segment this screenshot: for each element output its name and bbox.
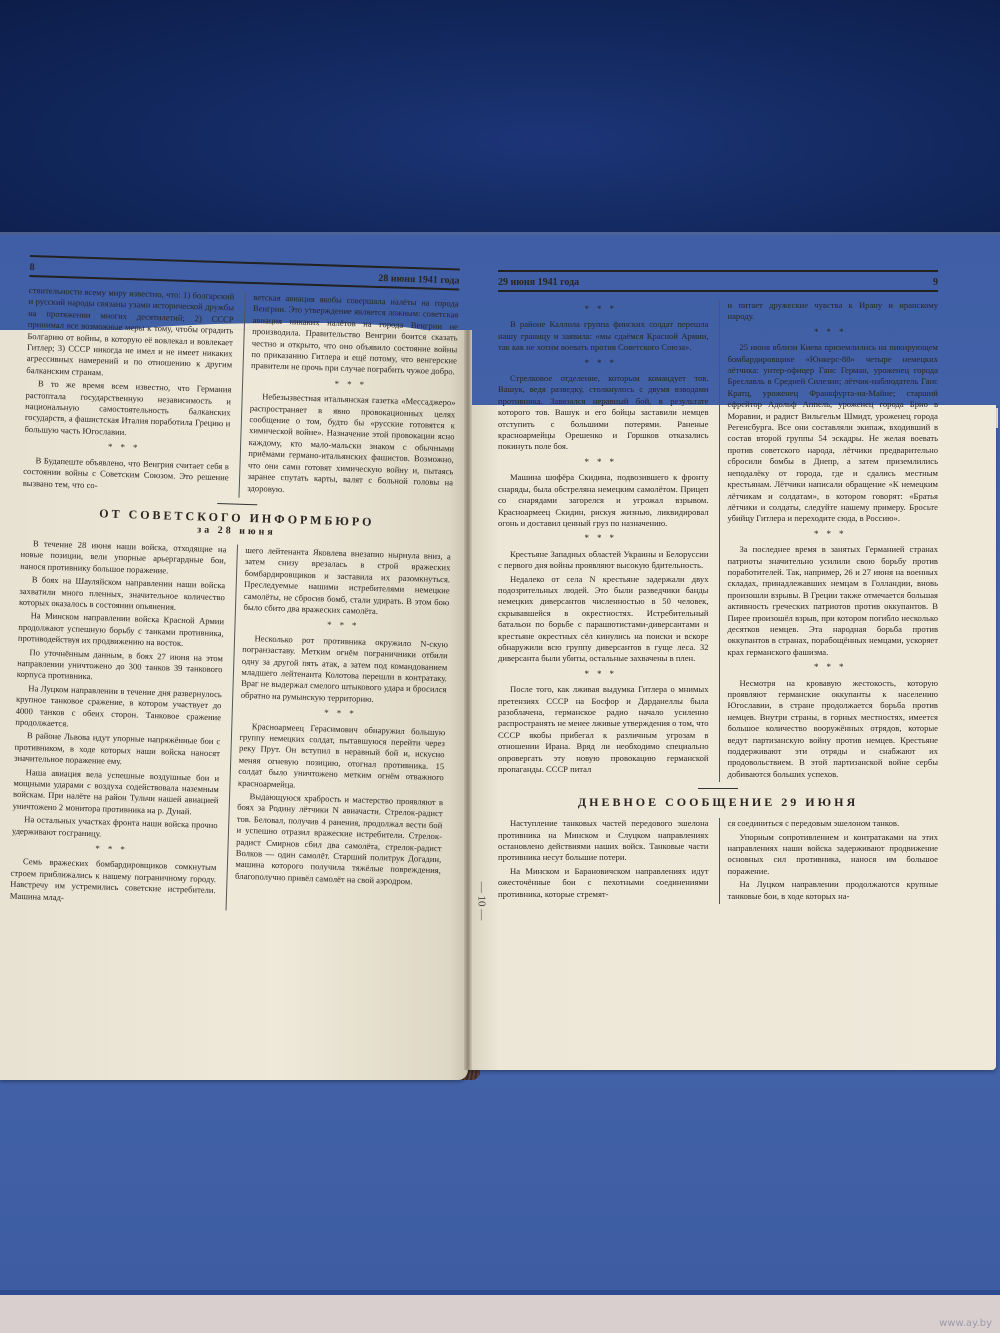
paragraph: На Минском направлении войска Красной Ар… [18,610,224,651]
paragraph: В Будапеште объявлено, что Венгрия счита… [23,455,229,496]
right-section-col-2: ся соединиться с передовым эшелоном танк… [719,818,939,904]
right-col-1: *** В районе Каллола группа финских солд… [498,300,709,782]
watermark: www.ay.by [939,1318,992,1329]
blue-backdrop-upper [0,0,1000,235]
paragraph: Семь вражеских бомбардировщиков сомкнуты… [10,856,217,908]
right-col-2: и питает дружеские чувства к Ирану и ира… [719,300,939,782]
section-divider-stars: *** [498,669,709,680]
right-section-col-1: Наступление танковых частей передового э… [498,818,709,904]
shelf-edge [0,232,1000,235]
paragraph: В течение 28 июня наши войска, отходящие… [20,538,226,579]
section-divider-stars: *** [498,304,709,315]
left-col-1: ствительности всему миру известно, что: … [23,285,235,497]
section-divider-stars: *** [24,439,230,457]
section-divider-stars: *** [243,617,449,635]
right-running-date: 29 июня 1941 года [498,277,579,288]
paragraph: После того, как лживая выдумка Гитлера о… [498,684,709,775]
section-divider-stars: *** [728,529,939,540]
section-divider-stars: *** [250,376,456,394]
left-section-columns: В течение 28 июня наши войска, отходящие… [10,538,451,918]
paragraph: Несмотря на кровавую жестокость, которую… [728,678,939,781]
paragraph: 25 июня вблизи Киева приземлились на пик… [728,342,939,525]
section-divider-stars: *** [240,705,446,723]
paragraph: В то же время всем известно, что Германи… [24,378,231,441]
paragraph: В районе Львова идут упорные напряжённые… [14,730,220,771]
section-divider-stars: *** [728,327,939,338]
section-divider-stars: *** [11,841,217,859]
paragraph: В боях на Шауляйском направлении наши во… [19,574,225,615]
paragraph: Наступление танковых частей передового э… [498,818,709,864]
right-running-head: 29 июня 1941 года 9 [498,270,938,292]
right-page-content: 29 июня 1941 года 9 *** В районе Каллола… [498,270,938,904]
left-section-col-2: шего лейтенанта Яковлева внезапно нырнул… [225,545,451,918]
paragraph: Стрелковое отделение, которым командует … [498,373,709,453]
paragraph: Красноармеец Герасимович обнаружил больш… [238,720,446,795]
paragraph: На Луцком направлении продолжаются крупн… [728,879,939,902]
left-section-col-1: В течение 28 июня наши войска, отходящие… [10,538,227,910]
left-running-date: 28 июня 1941 года [378,273,459,287]
paragraph: Наша авиация вела успешные воздушные бои… [12,766,219,818]
left-col-2: ветская авиация якобы совершала налёты н… [238,292,459,505]
paragraph: За последнее время в занятых Германией с… [728,544,939,658]
paragraph: и питает дружеские чувства к Ирану и ира… [728,300,939,323]
paragraph: Недалеко от села N крестьяне задержали д… [498,574,709,665]
paragraph: На Луцком направлении в течение дня разв… [15,683,222,735]
paragraph: Крестьяне Западных областей Украины и Бе… [498,549,709,572]
paragraph: На Минском и Барановичском направлениях … [498,866,709,900]
paragraph: Несколько рот противника окружило N-скую… [241,633,449,708]
ornament-rule [698,788,738,789]
paragraph: шего лейтенанта Яковлева внезапно нырнул… [243,545,451,620]
paragraph: На остальных участках фронта наши войска… [12,814,218,843]
paragraph: Небезызвестная итальянская газетка «Месс… [247,391,456,500]
paragraph: ветская авиация якобы совершала налёты н… [251,292,459,378]
left-top-columns: ствительности всему миру известно, что: … [23,285,459,504]
floor [0,1295,1000,1333]
gutter-page-number: — 10 — [475,882,487,921]
paragraph: ся соединиться с передовым эшелоном танк… [728,818,939,829]
section-divider-stars: *** [498,533,709,544]
right-section-columns: Наступление танковых частей передового э… [498,818,938,904]
ornament-rule [217,503,257,505]
paragraph: Выдающуюся храбрость и мастерство проявл… [235,791,443,889]
section-divider-stars: *** [728,662,939,673]
right-top-columns: *** В районе Каллола группа финских солд… [498,300,938,782]
paragraph: ствительности всему миру известно, что: … [26,285,234,383]
paragraph: Упорным сопротивлением и контратаками на… [728,832,939,878]
paragraph: В районе Каллола группа финских солдат п… [498,319,709,353]
paragraph: Машина шофёра Скидина, подвозившего к фр… [498,472,709,529]
right-page-number: 9 [933,277,938,288]
left-page-number: 8 [29,262,34,273]
section-title: ДНЕВНОЕ СООБЩЕНИЕ 29 ИЮНЯ [498,795,938,810]
paragraph: По уточнённым данным, в боях 27 июня на … [17,646,223,687]
book-gutter [464,330,472,1070]
section-divider-stars: *** [498,358,709,369]
section-divider-stars: *** [498,457,709,468]
left-page-content: 8 28 июня 1941 года ствительности всему … [10,255,460,917]
